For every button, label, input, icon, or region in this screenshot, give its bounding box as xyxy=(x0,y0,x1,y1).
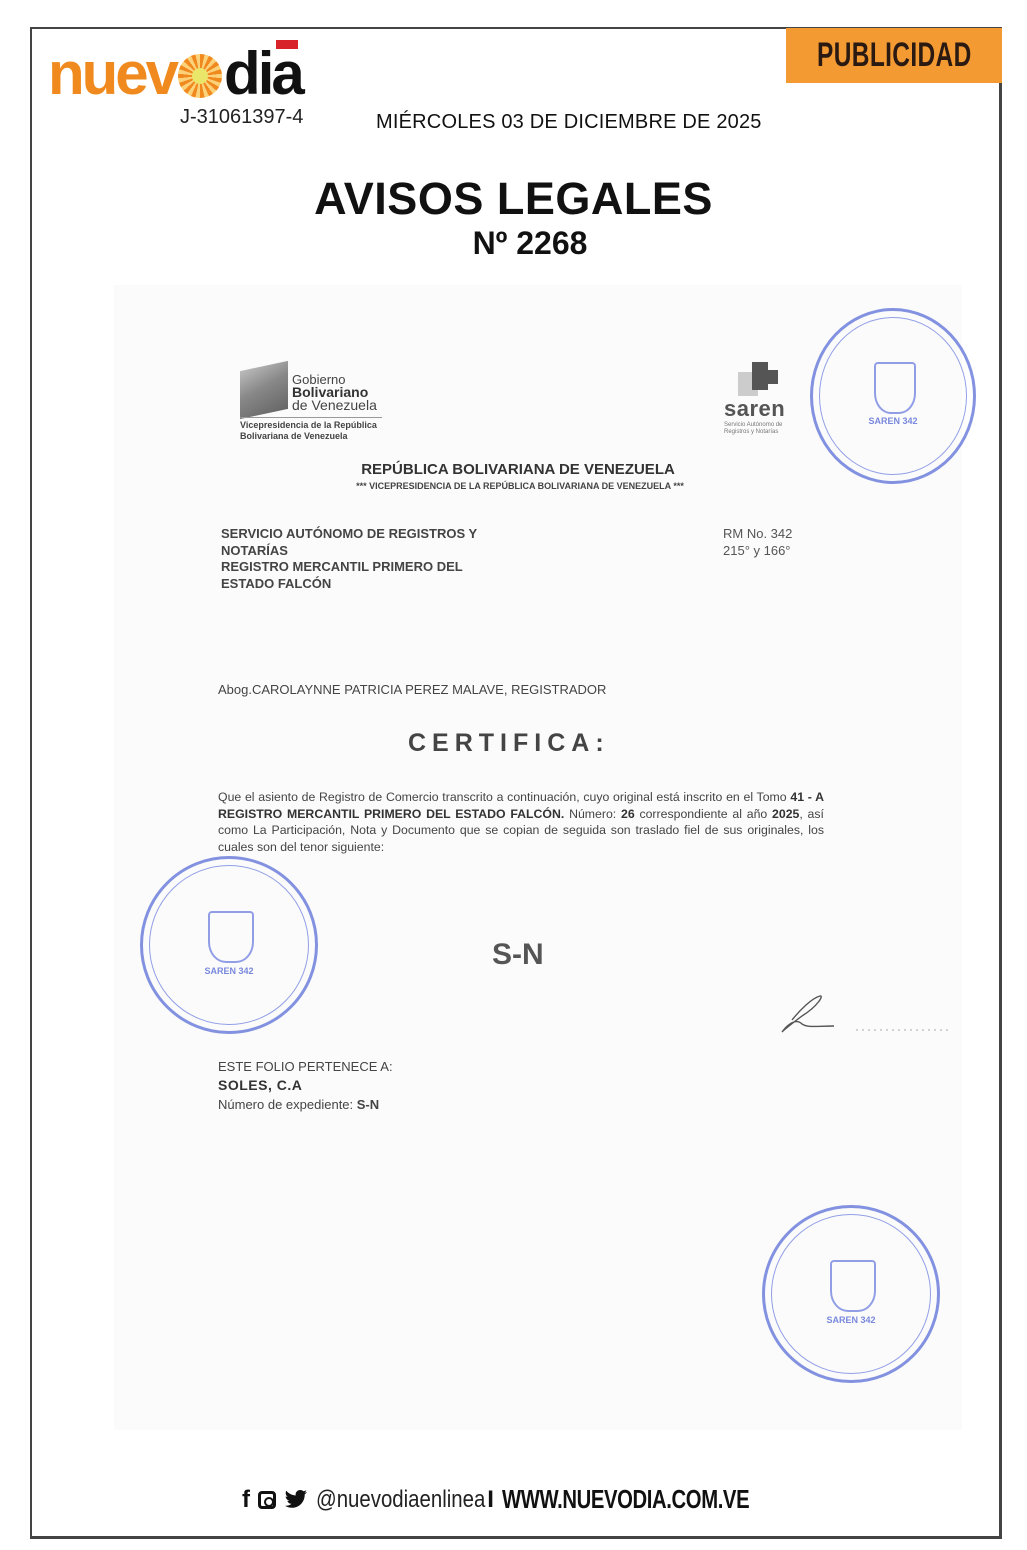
rif-number: J-31061397-4 xyxy=(180,106,303,129)
folio-block: ESTE FOLIO PERTENECE A: SOLES, C.A Númer… xyxy=(218,1057,393,1114)
rm-block: RM No. 342 215° y 166° xyxy=(723,526,792,559)
logo-accent xyxy=(276,40,298,49)
logo-dia: dia xyxy=(224,40,302,107)
sun-icon xyxy=(178,54,222,98)
rm-years: 215° y 166° xyxy=(723,543,792,560)
nuevodia-logo: nuevdia xyxy=(48,44,302,104)
coat-of-arms-icon xyxy=(208,911,253,963)
section-badge-label: PUBLICIDAD xyxy=(817,36,972,75)
flag-icon xyxy=(240,361,288,419)
coat-of-arms-icon xyxy=(830,1260,875,1312)
gov-logo-line4: Vicepresidencia de la República xyxy=(240,420,377,431)
company-name: SOLES, C.A xyxy=(218,1076,393,1095)
issue-number: Nº 2268 xyxy=(0,225,1027,262)
coat-of-arms-icon xyxy=(874,362,916,414)
section-title: AVISOS LEGALES xyxy=(0,173,1027,225)
official-stamp-top: SAREN 342 xyxy=(810,308,976,484)
logo-text-orange: nuev xyxy=(48,40,176,107)
instagram-icon[interactable] xyxy=(258,1491,276,1509)
body-text: Número: xyxy=(564,807,621,821)
twitter-icon[interactable] xyxy=(284,1490,308,1510)
body-text: correspondiente al año xyxy=(635,807,772,821)
certification-body: Que el asiento de Registro de Comercio t… xyxy=(218,789,824,855)
stamp-text: SAREN 342 xyxy=(813,416,973,426)
separator: I xyxy=(487,1486,494,1514)
gov-logo-line5: Bolivariana de Venezuela xyxy=(240,431,377,442)
saren-name: saren xyxy=(724,396,785,422)
footer-bar: f @nuevodiaenlinea I WWW.NUEVODIA.COM.VE xyxy=(242,1484,819,1515)
sn-mark: S-N xyxy=(492,938,544,972)
official-stamp-bottom: SAREN 342 xyxy=(762,1205,940,1383)
body-text: Que el asiento de Registro de Comercio t… xyxy=(218,790,790,804)
publication-date: MIÉRCOLES 03 DE DICIEMBRE DE 2025 xyxy=(376,111,762,134)
folio-label: ESTE FOLIO PERTENECE A: xyxy=(218,1057,393,1076)
stamp-text: SAREN 342 xyxy=(765,1315,937,1325)
office-block: SERVICIO AUTÓNOMO DE REGISTROS Y NOTARÍA… xyxy=(221,526,477,592)
rm-number: RM No. 342 xyxy=(723,526,792,543)
logo-text-dark: dia xyxy=(224,40,302,107)
website-link[interactable]: WWW.NUEVODIA.COM.VE xyxy=(502,1484,749,1515)
certifica-heading: CERTIFICA: xyxy=(408,729,610,758)
office-line: ESTADO FALCÓN xyxy=(221,576,477,593)
saren-subtitle: Servicio Autónomo de Registros y Notaría… xyxy=(724,422,804,436)
numero-value: 26 xyxy=(621,807,635,821)
official-stamp-left: SAREN 342 xyxy=(140,856,318,1034)
facebook-icon[interactable]: f xyxy=(242,1486,250,1514)
office-line: NOTARÍAS xyxy=(221,543,477,560)
stamp-text: SAREN 342 xyxy=(143,966,315,976)
expediente-line: Número de expediente: S-N xyxy=(218,1095,393,1114)
signature xyxy=(772,990,952,1040)
expediente-label: Número de expediente: xyxy=(218,1097,357,1112)
gov-logo-line3: de Venezuela xyxy=(292,399,377,412)
section-badge: PUBLICIDAD xyxy=(786,28,1002,83)
office-line: SERVICIO AUTÓNOMO DE REGISTROS Y xyxy=(221,526,477,543)
saren-mark-icon xyxy=(738,362,778,396)
expediente-value: S-N xyxy=(357,1097,379,1112)
anio-value: 2025 xyxy=(772,807,799,821)
registrar-name: Abog.CAROLAYNNE PATRICIA PEREZ MALAVE, R… xyxy=(218,682,606,697)
office-line: REGISTRO MERCANTIL PRIMERO DEL xyxy=(221,559,477,576)
document-subheading: *** VICEPRESIDENCIA DE LA REPÚBLICA BOLI… xyxy=(0,481,1027,491)
gov-logo-subtitle: Vicepresidencia de la República Bolivari… xyxy=(240,420,377,442)
social-handle[interactable]: @nuevodiaenlinea xyxy=(316,1486,485,1514)
divider xyxy=(240,417,382,418)
